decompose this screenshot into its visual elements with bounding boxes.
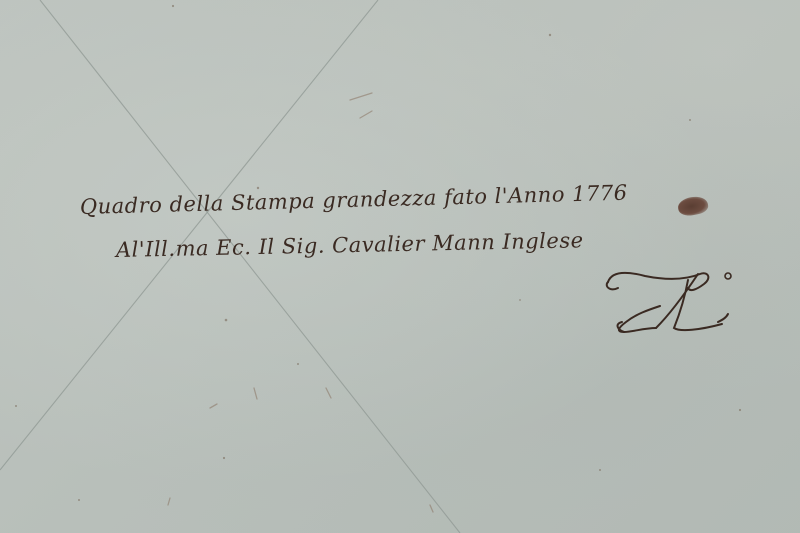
- inscription-line-2: Al'Ill.ma Ec. Il Sig. Cavalier Mann Ingl…: [116, 228, 584, 262]
- signature-monogram-icon: [600, 262, 740, 342]
- ink-blot: [677, 195, 710, 218]
- handwritten-inscription: Quadro della Stampa grandezza fato l'Ann…: [0, 0, 800, 533]
- inscription-line-1: Quadro della Stampa grandezza fato l'Ann…: [80, 181, 628, 219]
